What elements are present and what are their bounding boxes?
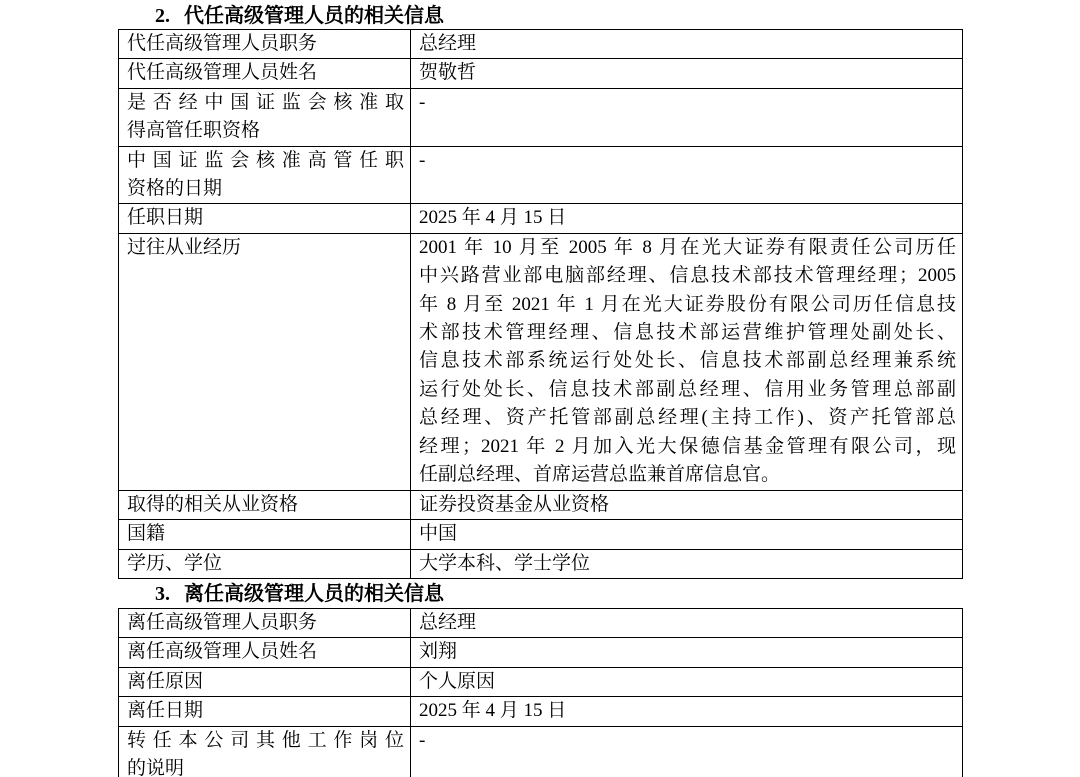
value-line: 中兴路营业部电脑部经理、信息技术部技术管理经理；2005 (419, 262, 956, 290)
field-value: 贺敬哲 (411, 59, 963, 88)
value-line: 信息技术部系统运行处处长、信息技术部副总经理兼系统 (419, 347, 956, 375)
section-2-number: 2. (155, 4, 170, 28)
field-value: 总经理 (411, 609, 963, 638)
label-line: 得高管任职资格 (127, 117, 404, 145)
field-label: 国籍 (119, 520, 411, 549)
label-line: 中国证监会核准高管任职 (127, 147, 404, 175)
field-value: 中国 (411, 520, 963, 549)
field-label: 学历、学位 (119, 549, 411, 578)
section-3-title: 离任高级管理人员的相关信息 (184, 583, 444, 605)
label-line: 资格的日期 (127, 175, 404, 203)
field-value: - (411, 726, 963, 777)
field-label: 是否经中国证监会核准取 得高管任职资格 (119, 88, 411, 146)
table-row: 代任高级管理人员职务 总经理 (119, 30, 963, 59)
field-label: 代任高级管理人员姓名 (119, 59, 411, 88)
value-line: 术部技术管理经理、信息技术部运营维护管理处副处长、 (419, 319, 956, 347)
table-row: 转任本公司其他工作岗位 的说明 - (119, 726, 963, 777)
table-row: 离任日期 2025 年 4 月 15 日 (119, 697, 963, 726)
section-3-number: 3. (155, 582, 170, 606)
table-row: 代任高级管理人员姓名 贺敬哲 (119, 59, 963, 88)
table-row: 离任高级管理人员职务 总经理 (119, 609, 963, 638)
label-line: 转任本公司其他工作岗位 (127, 727, 404, 755)
label-line: 的说明 (127, 755, 404, 777)
field-value: 2025 年 4 月 15 日 (411, 697, 963, 726)
field-value: 证券投资基金从业资格 (411, 490, 963, 519)
value-line: 年 8 月至 2021 年 1 月在光大证券股份有限公司历任信息技 (419, 291, 956, 319)
label-line: 是否经中国证监会核准取 (127, 89, 404, 117)
field-value: - (411, 146, 963, 204)
table-row: 是否经中国证监会核准取 得高管任职资格 - (119, 88, 963, 146)
field-label: 取得的相关从业资格 (119, 490, 411, 519)
section-2-heading: 2.代任高级管理人员的相关信息 (155, 4, 1080, 28)
document-page: 2.代任高级管理人员的相关信息 代任高级管理人员职务 总经理 代任高级管理人员姓… (0, 0, 1080, 777)
value-line: 经理；2021 年 2 月加入光大保德信基金管理有限公司，现 (419, 433, 956, 461)
career-history-value: 2001 年 10 月至 2005 年 8 月在光大证券有限责任公司历任 中兴路… (411, 233, 963, 490)
value-line: 2001 年 10 月至 2005 年 8 月在光大证券有限责任公司历任 (419, 234, 956, 262)
departing-manager-table: 离任高级管理人员职务 总经理 离任高级管理人员姓名 刘翔 离任原因 个人原因 离… (118, 608, 963, 777)
field-value: 刘翔 (411, 638, 963, 667)
field-label: 离任原因 (119, 667, 411, 696)
field-label: 转任本公司其他工作岗位 的说明 (119, 726, 411, 777)
field-value: 大学本科、学士学位 (411, 549, 963, 578)
section-2-title: 代任高级管理人员的相关信息 (184, 5, 444, 27)
field-label: 离任高级管理人员职务 (119, 609, 411, 638)
section-3-heading: 3.离任高级管理人员的相关信息 (155, 582, 1080, 606)
field-label: 代任高级管理人员职务 (119, 30, 411, 59)
field-label: 离任日期 (119, 697, 411, 726)
acting-manager-table: 代任高级管理人员职务 总经理 代任高级管理人员姓名 贺敬哲 是否经中国证监会核准… (118, 29, 963, 579)
table-row: 学历、学位 大学本科、学士学位 (119, 549, 963, 578)
field-label: 过往从业经历 (119, 233, 411, 490)
table-row: 过往从业经历 2001 年 10 月至 2005 年 8 月在光大证券有限责任公… (119, 233, 963, 490)
table-row: 离任原因 个人原因 (119, 667, 963, 696)
table-row: 离任高级管理人员姓名 刘翔 (119, 638, 963, 667)
field-value: 2025 年 4 月 15 日 (411, 204, 963, 233)
table-row: 国籍 中国 (119, 520, 963, 549)
field-value: 个人原因 (411, 667, 963, 696)
field-label: 中国证监会核准高管任职 资格的日期 (119, 146, 411, 204)
field-label: 离任高级管理人员姓名 (119, 638, 411, 667)
value-line: 任副总经理、首席运营总监兼首席信息官。 (419, 461, 956, 489)
announcement-document: 2.代任高级管理人员的相关信息 代任高级管理人员职务 总经理 代任高级管理人员姓… (0, 0, 1080, 777)
field-value: 总经理 (411, 30, 963, 59)
table-row: 取得的相关从业资格 证券投资基金从业资格 (119, 490, 963, 519)
table-row: 中国证监会核准高管任职 资格的日期 - (119, 146, 963, 204)
field-label: 任职日期 (119, 204, 411, 233)
field-value: - (411, 88, 963, 146)
value-line: 总经理、资产托管部副总经理(主持工作)、资产托管部总 (419, 404, 956, 432)
table-row: 任职日期 2025 年 4 月 15 日 (119, 204, 963, 233)
value-line: 运行处处长、信息技术部副总经理、信用业务管理总部副 (419, 376, 956, 404)
